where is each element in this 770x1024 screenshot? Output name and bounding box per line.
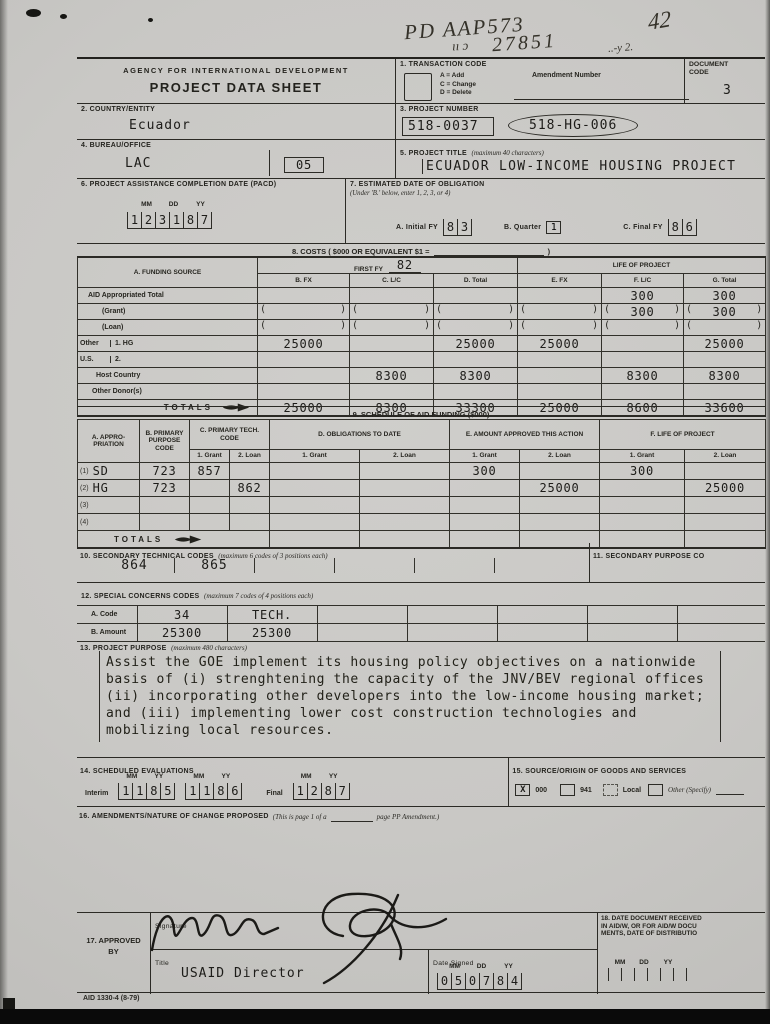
row-label: U.S.2. — [78, 352, 258, 368]
schedule-row: (3) — [78, 497, 766, 514]
costs-row: Other Donor(s) — [78, 384, 766, 400]
cell — [258, 384, 350, 400]
cell — [602, 320, 684, 336]
dd-label: DD — [160, 201, 187, 208]
funding-source-header: A. FUNDING SOURCE — [78, 257, 258, 288]
cell — [190, 497, 230, 514]
cell — [270, 514, 360, 531]
cell — [677, 606, 765, 624]
cell: 300 — [684, 288, 766, 304]
final-fy-label: C. Final FY — [623, 224, 662, 232]
project-number-label: 3. PROJECT NUMBER — [400, 106, 761, 114]
quarter-value: 1 — [546, 221, 561, 234]
cell — [434, 288, 518, 304]
cell — [685, 514, 766, 531]
cell — [450, 480, 520, 497]
costs-title-close: ) — [548, 247, 551, 256]
amendment-number-blank — [514, 99, 689, 100]
transaction-code-box — [404, 73, 432, 101]
cell: 25000 — [258, 336, 350, 352]
cell: 8300 — [602, 368, 684, 384]
form-number: AID 1330-4 (8-79) — [77, 995, 765, 1002]
costs-row: (Loan) — [78, 320, 766, 336]
code-value — [494, 558, 574, 573]
cell — [350, 320, 434, 336]
secondary-purpose-block: 11. SECONDARY PURPOSE CO — [589, 543, 765, 582]
pacd-label: 6. PROJECT ASSISTANCE COMPLETION DATE (P… — [81, 181, 341, 189]
cell — [350, 352, 434, 368]
source-origin-label: 15. SOURCE/ORIGIN OF GOODS AND SERVICES — [512, 768, 686, 775]
cell — [450, 514, 520, 531]
cell — [360, 480, 450, 497]
option-delete: D = Delete — [440, 89, 476, 98]
scan-artifact — [3, 998, 15, 1009]
group-label: U.S. — [80, 356, 111, 363]
cell — [140, 497, 190, 514]
first-fy-value: 82 — [389, 258, 421, 273]
cell: 25000 — [684, 336, 766, 352]
amendment-number-label: Amendment Number — [532, 72, 601, 79]
pacd-obligation-row: 6. PROJECT ASSISTANCE COMPLETION DATE (P… — [77, 179, 765, 244]
mm-label: MM — [133, 201, 160, 208]
cell — [518, 320, 602, 336]
appropriation-cell: (1)SD — [78, 463, 140, 480]
cell: 25000 — [685, 480, 766, 497]
concerns-code-row: A. Code 34 TECH. — [77, 606, 765, 624]
appropriation-cell: (3) — [78, 497, 140, 514]
cell — [350, 384, 434, 400]
checkbox-local — [603, 784, 618, 796]
secondary-tech-block: 10. SECONDARY TECHNICAL CODES (maximum 6… — [77, 543, 589, 582]
row-label: Other Donor(s) — [78, 384, 258, 400]
cell: TECH. — [227, 606, 317, 624]
code-value — [254, 558, 334, 573]
cell — [520, 497, 600, 514]
project-purpose-box: Assist the GOE implement its housing pol… — [99, 651, 721, 742]
transaction-options: A = Add C = Change D = Delete — [440, 72, 476, 98]
amendment-pages-blank — [331, 813, 373, 822]
cell — [434, 384, 518, 400]
life-of-project-header: LIFE OF PROJECT — [518, 257, 766, 274]
cell — [140, 514, 190, 531]
cell: 723 — [140, 480, 190, 497]
cell — [230, 497, 270, 514]
yy-label: YY — [187, 201, 214, 208]
document-code-label: DOCUMENT CODE — [689, 61, 735, 77]
cell: 300 — [450, 463, 520, 480]
cell: 34 — [137, 606, 227, 624]
amendments-note-b: page PP Amendment.) — [377, 813, 440, 821]
date-received-block: 18. DATE DOCUMENT RECEIVED IN AID/W, OR … — [597, 913, 765, 994]
obligation-values: A. Initial FY 83 B. Quarter 1 C. Final F… — [396, 219, 697, 236]
loan-subheader: 2. Loan — [230, 450, 270, 463]
costs-row: Other1. HG 25000 25000 25000 25000 — [78, 336, 766, 352]
cell — [360, 497, 450, 514]
costs-header-row: A. FUNDING SOURCE FIRST FY 82 LIFE OF PR… — [78, 257, 766, 274]
agency-name: AGENCY FOR INTERNATIONAL DEVELOPMENT — [81, 66, 391, 75]
date-header: MM DD YY — [133, 201, 214, 208]
costs-row: AID Appropriated Total 300 300 — [78, 288, 766, 304]
cell — [600, 497, 685, 514]
bureau-value: LAC — [125, 156, 151, 171]
interim-label: Interim — [85, 790, 108, 800]
costs-row: U.S.2. — [78, 352, 766, 368]
digit: 3 — [155, 212, 169, 228]
cell — [518, 352, 602, 368]
digit: 1 — [169, 212, 183, 228]
document-code-block: DOCUMENT CODE 3 — [684, 59, 765, 103]
cell — [600, 514, 685, 531]
amendments-block: 16. AMENDMENTS/NATURE OF CHANGE PROPOSED… — [77, 807, 765, 827]
checkbox-other — [648, 784, 663, 796]
document-code-value: 3 — [723, 83, 732, 98]
cell — [600, 480, 685, 497]
cell — [258, 352, 350, 368]
cell — [518, 288, 602, 304]
cell — [350, 304, 434, 320]
date-received-value: MMDDYY — [608, 959, 699, 981]
cell — [350, 288, 434, 304]
cell — [270, 480, 360, 497]
col-header: G. Total — [684, 274, 766, 288]
approved-header: E. AMOUNT APPROVED THIS ACTION — [450, 420, 600, 450]
cell — [190, 514, 230, 531]
paper: PD AAP573 ıı ɔ 27851 ..-y 2. 42 AGENCY F… — [0, 0, 770, 1010]
appropriation-cell: (2)HG — [78, 480, 140, 497]
secondary-codes-row: 10. SECONDARY TECHNICAL CODES (maximum 6… — [77, 543, 765, 583]
project-title-label: 5. PROJECT TITLE — [400, 150, 467, 157]
amendments-note-a: (This is page 1 of a — [273, 813, 327, 821]
col-header: B. FX — [258, 274, 350, 288]
row-label: Other1. HG — [78, 336, 258, 352]
project-number-block: 3. PROJECT NUMBER 518-0037 518-HG-006 — [395, 104, 765, 139]
quarter-label: B. Quarter — [504, 224, 541, 232]
final-date: MMYY 1287 — [293, 782, 350, 800]
cell — [685, 497, 766, 514]
secondary-tech-values: 864 865 — [95, 558, 574, 573]
appropriation-cell: (4) — [78, 514, 140, 531]
cell: 300 — [600, 463, 685, 480]
pacd-date-value: 1 2 3 1 8 7 — [127, 212, 212, 229]
schedule-title-text: 9. SCHEDULE OF AID FUNDING ($000) — [353, 410, 490, 419]
amendments-label: 16. AMENDMENTS/NATURE OF CHANGE PROPOSED — [79, 813, 269, 821]
transaction-code-block: 1. TRANSACTION CODE A = Add C = Change D… — [395, 59, 684, 103]
first-fy-header: FIRST FY 82 — [258, 257, 518, 274]
scanned-project-data-sheet: PD AAP573 ıı ɔ 27851 ..-y 2. 42 AGENCY F… — [0, 0, 770, 1024]
group-label: Other — [80, 340, 111, 347]
cell: 25000 — [520, 480, 600, 497]
row-label: Host Country — [78, 368, 258, 384]
cell — [230, 514, 270, 531]
project-purpose-block: 13. PROJECT PURPOSE (maximum 480 charact… — [77, 635, 765, 757]
appropriation-header: A. APPRO- PRIATION — [78, 420, 140, 463]
schedule-row: (4) — [78, 514, 766, 531]
cell — [684, 384, 766, 400]
cell — [684, 320, 766, 336]
row-label: (Grant) — [78, 304, 258, 320]
project-number-boxed: 518-0037 — [402, 117, 494, 136]
digit: 6 — [682, 219, 697, 235]
signature-icon — [138, 884, 478, 989]
cell — [258, 288, 350, 304]
option-000: 000 — [535, 787, 547, 794]
cell — [518, 304, 602, 320]
digit: 8 — [443, 219, 457, 235]
bureau-code: 05 — [284, 157, 324, 173]
costs-table: A. FUNDING SOURCE FIRST FY 82 LIFE OF PR… — [77, 256, 766, 417]
source-origin-block: 15. SOURCE/ORIGIN OF GOODS AND SERVICES … — [508, 758, 765, 806]
project-title-note: (maximum 40 characters) — [471, 149, 543, 157]
cell: 862 — [230, 480, 270, 497]
cell — [518, 384, 602, 400]
cell — [258, 368, 350, 384]
bureau-block: 4. BUREAU/OFFICE LAC 05 — [77, 140, 395, 178]
first-fy-label: FIRST FY — [354, 266, 383, 274]
digit: 7 — [197, 212, 212, 228]
country-label: 2. COUNTRY/ENTITY — [81, 106, 391, 114]
source-origin-options: X 000 941 Local Other (Specify) — [515, 784, 744, 796]
schedule-row: (2)HG 723 862 25000 25000 — [78, 480, 766, 497]
cell — [258, 304, 350, 320]
exchange-rate-blank — [434, 247, 544, 256]
cell — [270, 497, 360, 514]
scan-edge — [0, 0, 8, 1010]
country-value: Ecuador — [129, 118, 191, 133]
loan-subheader: 2. Loan — [520, 450, 600, 463]
cell: 8300 — [434, 368, 518, 384]
cell: 25000 — [434, 336, 518, 352]
cell — [407, 606, 497, 624]
cell — [684, 352, 766, 368]
schedule-table: A. APPRO- PRIATION B. PRIMARY PURPOSE CO… — [77, 419, 766, 549]
cell — [230, 463, 270, 480]
loan-subheader: 2. Loan — [360, 450, 450, 463]
cell — [587, 606, 677, 624]
schedule-section-title: 9. SCHEDULE OF AID FUNDING ($000) — [77, 406, 765, 419]
special-concerns-block: 12. SPECIAL CONCERNS CODES (maximum 7 co… — [77, 583, 765, 635]
interim-date-2: MMYY 1186 — [185, 782, 242, 800]
grant-subheader: 1. Grant — [270, 450, 360, 463]
grant-subheader: 1. Grant — [600, 450, 685, 463]
bureau-title-row: 4. BUREAU/OFFICE LAC 05 5. PROJECT TITLE… — [77, 140, 765, 179]
row-label: (Loan) — [78, 320, 258, 336]
cell — [602, 352, 684, 368]
date-received-ticks — [608, 968, 699, 981]
checkbox-941 — [560, 784, 575, 796]
obligations-header: D. OBLIGATIONS TO DATE — [270, 420, 450, 450]
obligation-note: (Under 'B.' below, enter 1, 2, 3, or 4) — [350, 190, 450, 197]
final-fy-value: 86 — [668, 219, 697, 236]
project-purpose-text: Assist the GOE implement its housing pol… — [106, 654, 714, 739]
other-specify-blank — [716, 786, 744, 795]
date-received-label: 18. DATE DOCUMENT RECEIVED IN AID/W, OR … — [601, 915, 762, 938]
interim-date-1: MMYY 1185 — [118, 782, 175, 800]
option-other: Other (Specify) — [668, 786, 711, 794]
cell — [258, 320, 350, 336]
costs-row: Host Country 8300 8300 8300 8300 — [78, 368, 766, 384]
digit: 8 — [183, 212, 197, 228]
code-value — [414, 558, 494, 573]
costs-row: (Grant) 300 300 — [78, 304, 766, 320]
cell: 8300 — [684, 368, 766, 384]
cell — [350, 336, 434, 352]
schedule-header-row: A. APPRO- PRIATION B. PRIMARY PURPOSE CO… — [78, 420, 766, 450]
evaluations-dates: Interim MMYY 1185 MMYY 1186 Final MMYY 1… — [85, 782, 350, 800]
cell — [520, 514, 600, 531]
col-header: D. Total — [434, 274, 518, 288]
cell — [360, 463, 450, 480]
costs-title-text: 8. COSTS ( $000 OR EQUIVALENT $1 = — [292, 247, 430, 256]
code-value — [334, 558, 414, 573]
option-change: C = Change — [440, 81, 476, 90]
transaction-code-label: 1. TRANSACTION CODE — [400, 61, 680, 69]
project-title-value: ECUADOR LOW-INCOME HOUSING PROJECT — [422, 159, 736, 174]
secondary-purpose-label: 11. SECONDARY PURPOSE CO — [593, 553, 704, 560]
project-title-block: 5. PROJECT TITLE (maximum 40 characters)… — [395, 140, 765, 178]
country-project-row: 2. COUNTRY/ENTITY Ecuador 3. PROJECT NUM… — [77, 104, 765, 140]
cell — [518, 368, 602, 384]
cell — [317, 606, 407, 624]
scheduled-evaluations-block: 14. SCHEDULED EVALUATIONS Interim MMYY 1… — [77, 758, 508, 806]
initial-fy-value: 83 — [443, 219, 472, 236]
checkbox-000: X — [515, 784, 530, 796]
header-row: AGENCY FOR INTERNATIONAL DEVELOPMENT PRO… — [77, 57, 765, 104]
cell — [434, 320, 518, 336]
special-concerns-label: 12. SPECIAL CONCERNS CODES — [81, 593, 200, 600]
initial-fy-label: A. Initial FY — [396, 224, 438, 232]
grant-subheader: 1. Grant — [450, 450, 520, 463]
cell — [497, 606, 587, 624]
cell — [270, 463, 360, 480]
cell: 300 — [602, 304, 684, 320]
pacd-block: 6. PROJECT ASSISTANCE COMPLETION DATE (P… — [77, 179, 345, 243]
obligation-block: 7. ESTIMATED DATE OF OBLIGATION (Under '… — [345, 179, 765, 243]
cell: 300 — [684, 304, 766, 320]
cell: 857 — [190, 463, 230, 480]
cell — [685, 463, 766, 480]
project-number-circled: 518-HG-006 — [508, 114, 638, 137]
row-label: A. Code — [77, 606, 137, 624]
tech-header: C. PRIMARY TECH. CODE — [190, 420, 270, 450]
agency-block: AGENCY FOR INTERNATIONAL DEVELOPMENT PRO… — [77, 59, 395, 103]
option-add: A = Add — [440, 72, 476, 81]
digit: 8 — [668, 219, 682, 235]
cell — [434, 304, 518, 320]
cell — [450, 497, 520, 514]
form-body: AGENCY FOR INTERNATIONAL DEVELOPMENT PRO… — [77, 0, 765, 1010]
option-941: 941 — [580, 787, 592, 794]
scan-edge — [0, 1009, 770, 1024]
col-header: E. FX — [518, 274, 602, 288]
special-concerns-note: (maximum 7 codes of 4 positions each) — [204, 592, 313, 600]
cell — [602, 336, 684, 352]
final-label: Final — [266, 790, 282, 800]
code-value: 865 — [174, 558, 254, 573]
cell: 25000 — [518, 336, 602, 352]
obligation-label: 7. ESTIMATED DATE OF OBLIGATION — [350, 181, 761, 189]
scan-artifact — [26, 9, 41, 17]
divider — [269, 150, 270, 176]
cell — [434, 352, 518, 368]
cell — [602, 384, 684, 400]
cell: 300 — [602, 288, 684, 304]
form-title: PROJECT DATA SHEET — [81, 80, 391, 95]
digit: 1 — [127, 212, 141, 228]
purpose-header: B. PRIMARY PURPOSE CODE — [140, 420, 190, 463]
grant-subheader: 1. Grant — [190, 450, 230, 463]
evaluations-source-row: 14. SCHEDULED EVALUATIONS Interim MMYY 1… — [77, 757, 765, 807]
country-block: 2. COUNTRY/ENTITY Ecuador — [77, 104, 395, 139]
digit: 3 — [457, 219, 472, 235]
cell: 8300 — [350, 368, 434, 384]
cell: 723 — [140, 463, 190, 480]
col-header: F. L/C — [602, 274, 684, 288]
code-value: 864 — [95, 558, 174, 573]
loan-subheader: 2. Loan — [685, 450, 766, 463]
costs-section-title: 8. COSTS ( $000 OR EQUIVALENT $1 = ) — [77, 244, 765, 256]
digit: 2 — [141, 212, 155, 228]
life-header: F. LIFE OF PROJECT — [600, 420, 766, 450]
bureau-label: 4. BUREAU/OFFICE — [81, 142, 391, 150]
cell — [520, 463, 600, 480]
col-header: C. L/C — [350, 274, 434, 288]
schedule-row: (1)SD 723 857 300 300 — [78, 463, 766, 480]
scan-artifact — [60, 14, 67, 19]
cell — [360, 514, 450, 531]
cell — [190, 480, 230, 497]
option-local: Local — [623, 787, 641, 794]
row-label: AID Appropriated Total — [78, 288, 258, 304]
